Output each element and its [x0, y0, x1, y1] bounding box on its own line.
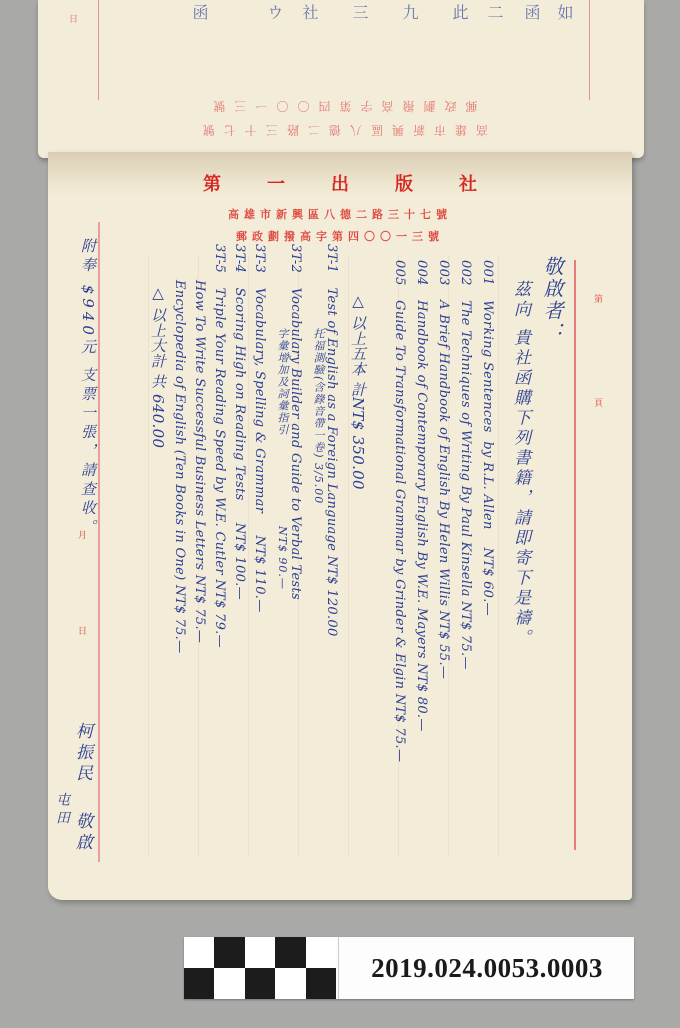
book-item-3t-3: 3T-3 Vocabulary, Spelling & Grammar NT$ …: [252, 244, 267, 613]
postscript: 附奉 $940元 支票一張，請查收。: [78, 238, 99, 538]
margin-rule-right: [589, 0, 590, 100]
side-date-mark: 日: [66, 14, 79, 29]
previous-page-flap: 日 函 ウ 社 三 九 此 二 函 如 郵政劃撥高字第四〇〇一三號 高雄市新興區…: [38, 0, 644, 158]
book-item-3t-1: 3T-1 Test of English as a Foreign Langua…: [324, 244, 339, 637]
book-item-encyclopedia: Encyclopedia of English (Ten Books in On…: [172, 280, 187, 653]
handwriting-fragment: 三: [348, 4, 371, 20]
signature-closing: 敬啟: [70, 812, 95, 854]
book-item-003: 003 A Brief Handbook of English By Helen…: [436, 260, 451, 679]
handwriting-fragment: 此: [448, 4, 471, 20]
greeting: 敬啟者：: [538, 256, 567, 344]
handwriting-fragment: 二: [483, 4, 506, 20]
book-item-3t-2: 3T-2 Vocabulary Builder and Guide to Ver…: [288, 244, 303, 600]
signature-place: 屯田: [52, 792, 72, 828]
margin-rule-right: [574, 260, 576, 850]
book-item-001: 001 Working Sentences by R.L. Allen NT$ …: [480, 260, 495, 616]
accession-number: 2019.024.0053.0003: [338, 937, 635, 999]
book-item-business-letters: How To Write Successful Business Letters…: [192, 280, 207, 643]
margin-rule-left: [98, 0, 99, 100]
handwriting-fragment: 社: [298, 4, 321, 20]
handwriting-fragment: 函: [188, 4, 211, 20]
intro-line: 茲向 貴社函購下列書籍，請即寄下是禱。: [508, 280, 533, 648]
publisher-address: 高雄市新興區八德二路三十七號: [48, 206, 632, 222]
page-number-mark: 第: [594, 292, 603, 305]
handwriting-fragment: 九: [398, 4, 421, 20]
section-a-subtotal: △ 以上五本 計NT$ 350.00: [348, 292, 369, 490]
book-note-3t-2: 字彙增加及詞彙指引 NT$ 90.—: [274, 328, 290, 590]
grand-total: △ 以上大計 共 640.00: [148, 284, 169, 448]
handwriting-fragment: ウ: [263, 4, 286, 20]
book-item-004: 004 Handbook of Contemporary English By …: [414, 260, 429, 732]
book-note-3t-1: 托福測驗(含錄音帶一卷) 3/5.00: [310, 328, 326, 504]
book-item-005: 005 Guide To Transformational Grammar by…: [392, 260, 407, 762]
handwriting-fragment: 如: [553, 4, 576, 20]
handwriting-fragment: 函: [520, 4, 543, 20]
publisher-name: 第一出版社: [48, 170, 632, 196]
postal-account: 郵政劃撥高字第四〇〇一三號: [48, 228, 632, 244]
book-item-002: 002 The Techniques of Writing By Paul Ki…: [458, 260, 473, 670]
page-mark: 頁: [594, 396, 603, 409]
mirrored-postal-line: 郵政劃撥高字第四〇〇一三號: [38, 98, 644, 115]
book-item-3t-5: 3T-5 Triple Your Reading Speed by W.E. C…: [212, 244, 227, 648]
catalog-tag: 2019.024.0053.0003: [184, 937, 634, 999]
book-item-3t-4: 3T-4 Scoring High on Reading Tests NT$ 1…: [232, 244, 247, 600]
color-scale-bar: [184, 937, 336, 999]
day-mark: 日: [78, 624, 87, 637]
signature-name: 柯振民: [70, 722, 95, 785]
mirrored-address-line: 高雄市新興區八德二路三十七號: [38, 122, 644, 139]
letter-page: 第一出版社 高雄市新興區八德二路三十七號 郵政劃撥高字第四〇〇一三號 第 頁 月…: [48, 152, 632, 900]
